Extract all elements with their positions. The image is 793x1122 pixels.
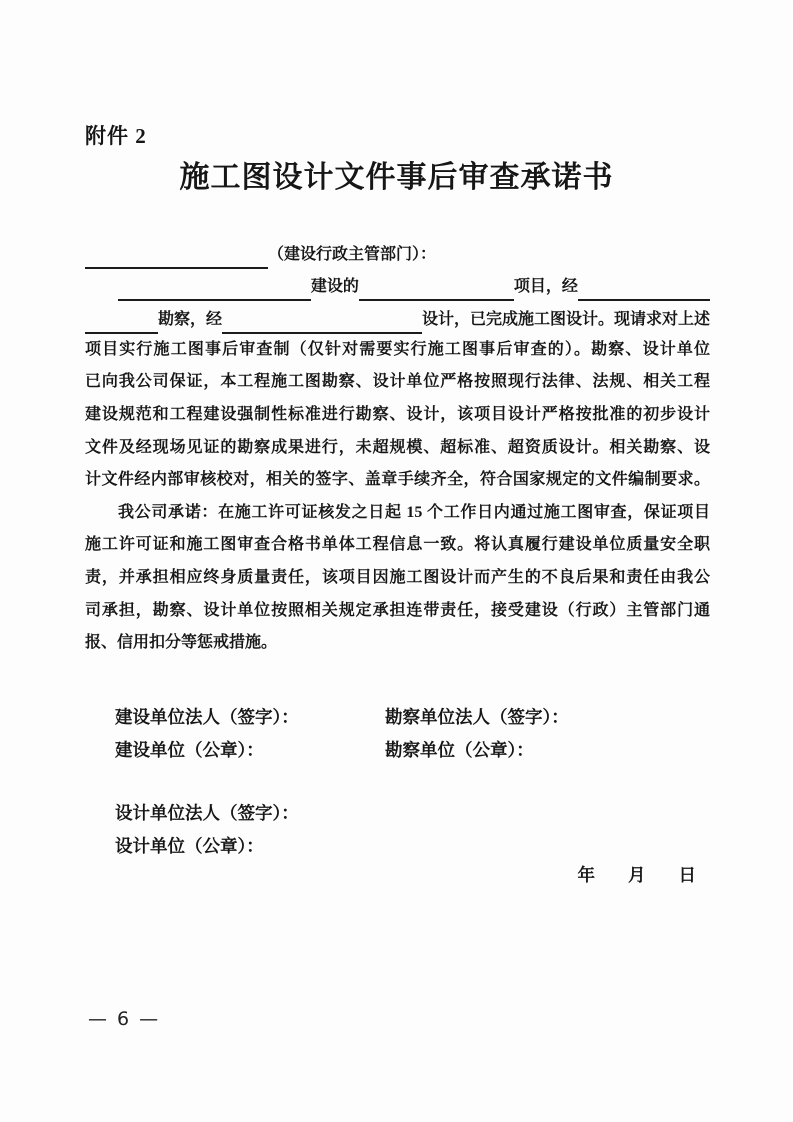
body-line: 已向我公司保证，本工程施工图勘察、设计单位严格按照现行法律、法规、相关工程 bbox=[85, 366, 710, 399]
year-label: 年 bbox=[578, 864, 596, 886]
builder-name-blank-field bbox=[118, 272, 311, 301]
attachment-label: 附件 2 bbox=[85, 120, 147, 150]
survey-unit-blank-field bbox=[578, 272, 710, 301]
month-label: 月 bbox=[628, 864, 646, 886]
survey-legal-sign-label: 勘察单位法人（签字）： bbox=[355, 701, 569, 734]
signature-section: 建设单位法人（签字）： 勘察单位法人（签字）： 建设单位（公章）： 勘察单位（公… bbox=[85, 701, 710, 863]
survey-unit-blank-field-2 bbox=[85, 305, 158, 334]
fill-text-jianshede: 建设的 bbox=[311, 272, 359, 301]
signature-row-2: 建设单位（公章）： 勘察单位（公章）： bbox=[85, 734, 710, 767]
builder-seal-label: 建设单位（公章）： bbox=[85, 734, 355, 767]
body-line-commitment-start: 我公司承诺：在施工许可证核发之日起 15 个工作日内通过施工图审查，保证项目 bbox=[85, 497, 710, 530]
signature-row-1: 建设单位法人（签字）： 勘察单位法人（签字）： bbox=[85, 701, 710, 734]
page-number: — 6 — bbox=[88, 1008, 160, 1030]
body-line: 计文件经内部审核校对，相关的签字、盖章手续齐全，符合国家规定的文件编制要求。 bbox=[85, 464, 710, 497]
design-legal-sign-label: 设计单位法人（签字）： bbox=[85, 797, 355, 830]
builder-legal-sign-label: 建设单位法人（签字）： bbox=[85, 701, 355, 734]
document-title: 施工图设计文件事后审查承诺书 bbox=[0, 152, 793, 196]
authority-name-blank-field bbox=[85, 240, 268, 269]
signature-row-3: 设计单位法人（签字）： bbox=[85, 797, 710, 830]
design-seal-label: 设计单位（公章）： bbox=[85, 830, 355, 863]
day-label: 日 bbox=[679, 864, 697, 886]
fill-text-kancha-jing: 勘察，经 bbox=[158, 305, 222, 334]
body-line: 施工许可证和施工图审查合格书单体工程信息一致。将认真履行建设单位质量安全职 bbox=[85, 529, 710, 562]
project-name-blank-field bbox=[359, 272, 514, 301]
fill-line-survey-design: 勘察，经 设计，已完成施工图设计。现请求对上述 bbox=[85, 301, 710, 334]
body-line: 司承担，勘察、设计单位按照相关规定承担连带责任，接受建设（行政）主管部门通 bbox=[85, 595, 710, 628]
signature-row-4: 设计单位（公章）： bbox=[85, 830, 710, 863]
salutation-text: （建设行政主管部门）： bbox=[268, 240, 436, 269]
body-line: 文件及经现场见证的勘察成果进行，未超规模、超标准、超资质设计。相关勘察、设 bbox=[85, 432, 710, 465]
salutation-line: （建设行政主管部门）： bbox=[85, 236, 710, 269]
document-body: （建设行政主管部门）： 建设的 项目，经 勘察，经 设计，已完成施工图设计。现请… bbox=[85, 236, 710, 660]
scanned-document-page: 附件 2 施工图设计文件事后审查承诺书 （建设行政主管部门）： 建设的 项目，经… bbox=[0, 0, 793, 1122]
survey-seal-label: 勘察单位（公章）： bbox=[355, 734, 534, 767]
body-line: 责，并承担相应终身质量责任，该项目因施工图设计而产生的不良后果和责任由我公 bbox=[85, 562, 710, 595]
body-line: 项目实行施工图事后审查制（仅针对需要实行施工图事后审查的）。勘察、设计单位 bbox=[85, 334, 710, 367]
body-line: 建设规范和工程建设强制性标准进行勘察、设计，该项目设计严格按批准的初步设计 bbox=[85, 399, 710, 432]
body-line-last: 报、信用扣分等惩戒措施。 bbox=[85, 627, 710, 660]
fill-text-sheji-completed: 设计，已完成施工图设计。现请求对上述 bbox=[422, 305, 710, 334]
design-unit-blank-field bbox=[222, 305, 422, 334]
fill-text-xiangmu-jing: 项目，经 bbox=[514, 272, 578, 301]
date-line: 年 月 日 bbox=[85, 864, 710, 886]
fill-line-project: 建设的 项目，经 bbox=[85, 269, 710, 302]
